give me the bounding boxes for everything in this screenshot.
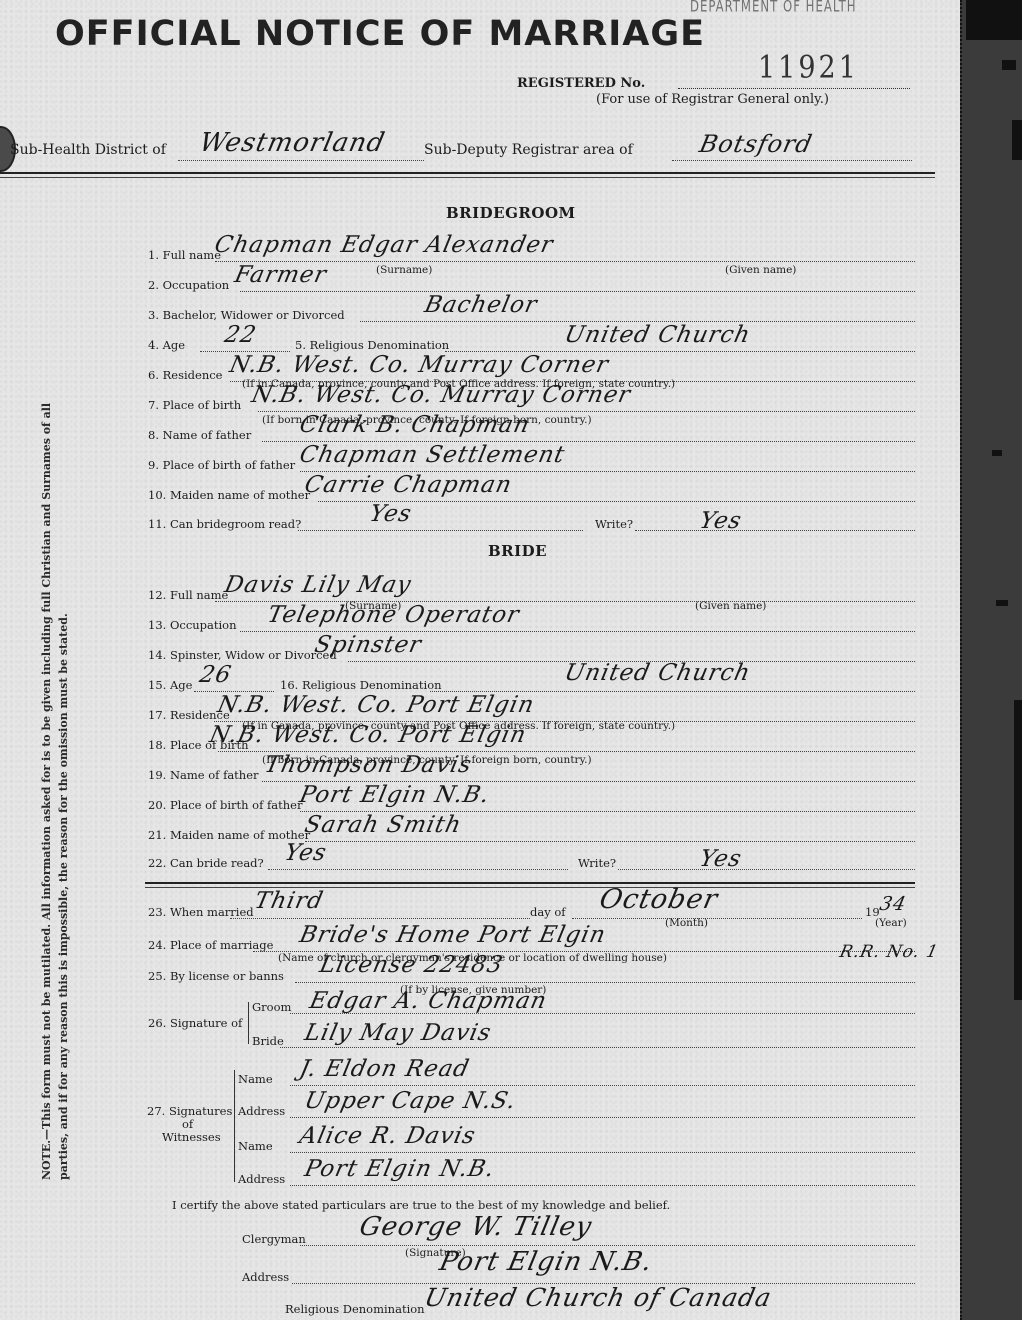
license-value: License 22483 bbox=[317, 952, 505, 978]
groom-religion-label: 5. Religious Denomination bbox=[295, 338, 449, 352]
bride-field-value: 26 bbox=[197, 662, 234, 688]
bride-field-value: Spinster bbox=[312, 632, 424, 658]
witness-name-label: Name bbox=[238, 1139, 273, 1153]
clergyman-address-label: Address bbox=[242, 1270, 289, 1284]
bridegroom-field-label: 4. Age bbox=[148, 338, 185, 352]
bridegroom-field-label: 7. Place of birth bbox=[148, 398, 241, 412]
health-district-label: Sub-Health District of bbox=[10, 142, 166, 158]
side-note-line-2: parties, and if for any reason this is i… bbox=[55, 380, 72, 1180]
marriage-notice-page: DEPARTMENT OF HEALTH OFFICIAL NOTICE OF … bbox=[0, 0, 960, 1320]
groom-write-value: Yes bbox=[697, 508, 744, 534]
bridegroom-field-label: 3. Bachelor, Widower or Divorced bbox=[148, 308, 345, 322]
bride-religion-value: United Church bbox=[562, 660, 753, 686]
groom-signature: Edgar A. Chapman bbox=[307, 988, 549, 1014]
district-row: Sub-Health District of bbox=[10, 142, 166, 158]
denomination-value: United Church of Canada bbox=[422, 1283, 775, 1312]
side-note: NOTE.—This form must not be mutilated. A… bbox=[38, 380, 72, 1180]
bride-label: Bride bbox=[252, 1034, 284, 1048]
document-title: OFFICIAL NOTICE OF MARRIAGE bbox=[55, 14, 705, 54]
bridegroom-field-label: 1. Full name bbox=[148, 248, 221, 262]
clergyman-label: Clergyman bbox=[242, 1232, 306, 1246]
bride-field-label: 21. Maiden name of mother bbox=[148, 828, 310, 842]
bride-residence-hint: (If in Canada, province, county and Post… bbox=[242, 720, 675, 732]
registered-number: 11921 bbox=[758, 50, 859, 86]
bride-surname-hint: (Surname) bbox=[345, 600, 401, 612]
registered-dots bbox=[678, 88, 910, 89]
bride-field-value: N.B. West. Co. Port Elgin bbox=[215, 692, 537, 718]
bride-signature: Lily May Davis bbox=[302, 1020, 494, 1046]
when-married-day: Third bbox=[252, 888, 326, 914]
witness-address-label: Address bbox=[238, 1172, 285, 1186]
groom-write-label: Write? bbox=[595, 517, 633, 531]
when-married-month: October bbox=[597, 884, 721, 915]
bridegroom-field-label: 11. Can bridegroom read? bbox=[148, 517, 301, 531]
witnesses-label-3: Witnesses bbox=[162, 1130, 221, 1144]
witness-name-label: Name bbox=[238, 1072, 273, 1086]
bridegroom-field-value: Chapman Settlement bbox=[297, 442, 567, 468]
bridegroom-field-value: Bachelor bbox=[422, 292, 540, 318]
certification-statement: I certify the above stated particulars a… bbox=[172, 1198, 670, 1212]
bride-field-label: 13. Occupation bbox=[148, 618, 237, 632]
witness-name-value: Alice R. Davis bbox=[297, 1123, 478, 1149]
witness-name-value: J. Eldon Read bbox=[297, 1056, 472, 1082]
bridegroom-field-value: Yes bbox=[367, 501, 414, 527]
bridegroom-field-label: 10. Maiden name of mother bbox=[148, 488, 310, 502]
witnesses-label-1: 27. Signatures bbox=[147, 1104, 232, 1118]
when-married-label: 23. When married bbox=[148, 905, 254, 919]
bridegroom-field-label: 6. Residence bbox=[148, 368, 223, 382]
bride-write-value: Yes bbox=[697, 846, 744, 872]
bride-field-value: Sarah Smith bbox=[302, 812, 464, 838]
side-note-line-1: NOTE.—This form must not be mutilated. A… bbox=[38, 380, 55, 1180]
registrar-area-value: Botsford bbox=[697, 130, 815, 158]
bridegroom-field-value: Chapman Edgar Alexander bbox=[212, 232, 556, 258]
groom-birth-hint: (If born in Canada, province, county. If… bbox=[262, 414, 592, 426]
witnesses-label-2: of bbox=[182, 1117, 193, 1131]
bride-heading: BRIDE bbox=[488, 542, 547, 560]
bridegroom-field-value: Carrie Chapman bbox=[302, 472, 514, 498]
place-of-marriage-extra: R.R. No. 1 bbox=[838, 942, 941, 962]
denomination-label: Religious Denomination bbox=[285, 1302, 425, 1316]
bridegroom-field-label: 2. Occupation bbox=[148, 278, 229, 292]
bride-field-label: 12. Full name bbox=[148, 588, 228, 602]
month-hint: (Month) bbox=[665, 917, 708, 929]
bridegroom-field-value: Farmer bbox=[232, 262, 329, 288]
groom-label: Groom bbox=[252, 1000, 291, 1014]
groom-given-hint: (Given name) bbox=[725, 264, 796, 276]
header-rule bbox=[0, 172, 935, 178]
place-of-marriage-label: 24. Place of marriage bbox=[148, 938, 273, 952]
groom-religion-value: United Church bbox=[562, 322, 753, 348]
bridegroom-heading: BRIDEGROOM bbox=[446, 204, 576, 222]
bridegroom-field-label: 9. Place of birth of father bbox=[148, 458, 295, 472]
bride-given-hint: (Given name) bbox=[695, 600, 766, 612]
day-of-label: day of bbox=[530, 905, 566, 919]
clergyman-address-value: Port Elgin N.B. bbox=[437, 1247, 656, 1277]
bride-birth-hint: (If born in Canada, province, county. If… bbox=[262, 754, 592, 766]
bride-field-label: 14. Spinster, Widow or Divorced bbox=[148, 648, 337, 662]
bride-field-value: Yes bbox=[282, 840, 329, 866]
license-label: 25. By license or banns bbox=[148, 969, 284, 983]
bride-field-value: Port Elgin N.B. bbox=[297, 782, 492, 808]
bride-field-label: 15. Age bbox=[148, 678, 192, 692]
signature-label: 26. Signature of bbox=[148, 1016, 242, 1030]
bride-field-label: 22. Can bride read? bbox=[148, 856, 264, 870]
bride-write-label: Write? bbox=[578, 856, 616, 870]
received-stamp: DEPARTMENT OF HEALTH bbox=[690, 0, 857, 17]
bridegroom-field-value: N.B. West. Co. Murray Corner bbox=[227, 352, 611, 378]
registered-label: REGISTERED No. bbox=[517, 76, 645, 91]
witness-address-label: Address bbox=[238, 1104, 285, 1118]
groom-residence-hint: (If in Canada, province, county and Post… bbox=[242, 378, 675, 390]
clergyman-signature: George W. Tilley bbox=[357, 1212, 595, 1242]
place-of-marriage-value: Bride's Home Port Elgin bbox=[297, 922, 608, 948]
registrar-area-label: Sub-Deputy Registrar area of bbox=[424, 142, 633, 158]
bride-field-label: 20. Place of birth of father bbox=[148, 798, 302, 812]
year-hint: (Year) bbox=[875, 917, 907, 929]
registered-note: (For use of Registrar General only.) bbox=[596, 92, 829, 107]
groom-surname-hint: (Surname) bbox=[376, 264, 432, 276]
scanner-edge bbox=[960, 0, 1022, 1320]
bridegroom-field-label: 8. Name of father bbox=[148, 428, 251, 442]
health-district-value: Westmorland bbox=[197, 128, 388, 158]
bride-field-value: Davis Lily May bbox=[222, 572, 414, 598]
year-value: 34 bbox=[878, 893, 909, 915]
bridegroom-field-value: 22 bbox=[222, 322, 259, 348]
bride-religion-label: 16. Religious Denomination bbox=[280, 678, 442, 692]
witness-address-value: Upper Cape N.S. bbox=[302, 1088, 518, 1114]
witness-address-value: Port Elgin N.B. bbox=[302, 1156, 497, 1182]
bride-field-label: 19. Name of father bbox=[148, 768, 259, 782]
